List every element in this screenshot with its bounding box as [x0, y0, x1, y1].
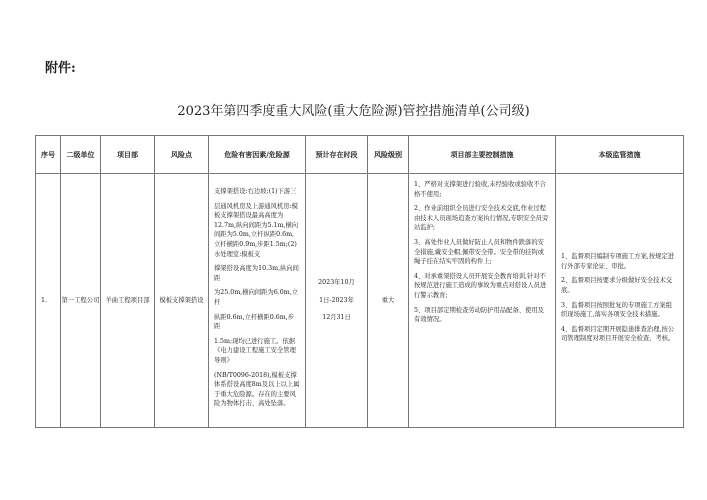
cell-period: 2023年10月 1日-2023年 12月31日 [306, 174, 368, 428]
period-line: 2023年10月 [306, 278, 367, 288]
cell-level: 重大 [368, 174, 409, 428]
header-unit: 二级单位 [61, 136, 101, 174]
hazard-line: 1.5m;现均已进行施工。依据《电力建设工程施工安全管理导则》 [214, 337, 300, 366]
table-row: 1. 第一工程公司 羊曲工程项目部 模板支撑架搭设 支撑架搭设:右边坡:(1)下… [36, 174, 684, 428]
hazard-line: 为25.0m,横向间距为6.0m,立杆 [214, 288, 300, 307]
header-project-measures: 项目部主要控制措施 [409, 136, 556, 174]
supervision-item: 2、监督项目按要求分级做好安全技术交底。 [561, 276, 678, 295]
measure-item: 2、作业前组织全员进行安全技术交底,作业过程由技术人员现场追查方案执行情况,专职… [414, 204, 550, 233]
cell-unit: 第一工程公司 [61, 174, 101, 428]
table-header-row: 序号 二级单位 项目部 风险点 危险有害因素/危险源 预计存在时段 风险级别 项… [36, 136, 684, 174]
header-level: 风险级别 [368, 136, 409, 174]
header-supervision: 本级监管措施 [556, 136, 684, 174]
supervision-item: 1、监督项目编制专项施工方案,按规定进行外部专家论证、审批。 [561, 252, 678, 271]
hazard-line: 支撑架搭设:右边坡:(1)下游三 [214, 187, 300, 197]
attachment-label: 附件: [45, 57, 76, 76]
hazard-line: 纵距0.6m,立杆横距0.6m,步距 [214, 313, 300, 332]
measure-item: 5、项目部定期检查劳动防护用品配备、使用及有效情况。 [414, 306, 550, 325]
header-project: 项目部 [101, 136, 155, 174]
risk-control-table: 序号 二级单位 项目部 风险点 危险有害因素/危险源 预计存在时段 风险级别 项… [35, 135, 684, 428]
header-period: 预计存在时段 [306, 136, 368, 174]
measure-item: 1、严格对支撑架进行验收,未经验收或验收不合格不使用; [414, 180, 550, 199]
period-line: 12月31日 [306, 313, 367, 323]
document-title: 2023年第四季度重大风险(重大危险源)管控措施清单(公司级) [0, 100, 707, 119]
cell-hazard: 支撑架搭设:右边坡:(1)下游三 层通风机房及上游通风机房:模板支撑架搭设最高高… [209, 174, 306, 428]
cell-risk-point: 模板支撑架搭设 [155, 174, 209, 428]
header-hazard: 危险有害因素/危险源 [209, 136, 306, 174]
hazard-line: 层通风机房及上游通风机房:模板支撑架搭设最高高度为12.7m,纵向间距为5.1m… [214, 202, 300, 260]
cell-supervision: 1、监督项目编制专项施工方案,按规定进行外部专家论证、审批。 2、监督项目按要求… [556, 174, 684, 428]
measure-item: 3、高处作业人员做好防止人员和物件跌落的安全措施,戴安全帽,佩带安全带。安全带的… [414, 238, 550, 267]
period-line: 1日-2023年 [306, 296, 367, 306]
cell-project-measures: 1、严格对支撑架进行验收,未经验收或验收不合格不使用; 2、作业前组织全员进行安… [409, 174, 556, 428]
hazard-line: 撑架搭设高度为10.3m,纵向间距 [214, 264, 300, 283]
header-risk-point: 风险点 [155, 136, 209, 174]
supervision-item: 3、监督项目按照批复的专项施工方案组织现场施工,落实各项安全技术措施。 [561, 301, 678, 320]
hazard-line: (NB/T0096-2018),模板支撑体系搭设高度8m及以上以上属于重大危险源… [214, 371, 300, 409]
cell-seq: 1. [36, 174, 61, 428]
measure-item: 4、对承重架搭设人员开展安全教育培训,针对不按规范进行施工造成的事故为重点对搭设… [414, 272, 550, 301]
header-seq: 序号 [36, 136, 61, 174]
supervision-item: 4、监督项目定期开展隐患排查治理,按公司管理制度对项目开展安全检查、考核。 [561, 325, 678, 344]
cell-project: 羊曲工程项目部 [101, 174, 155, 428]
